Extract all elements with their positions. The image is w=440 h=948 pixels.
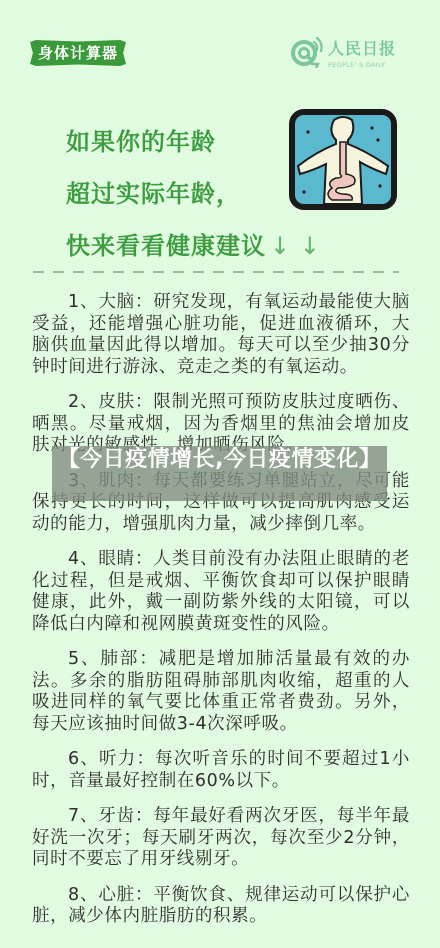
tip-lungs: 5、肺部：减肥是增加肺活量最有效的办法。多余的脂肪阻碍肺部肌肉收缩，超重的人吸进…	[32, 649, 410, 735]
headline-line-3-text: 快来看看健康建议	[66, 232, 266, 260]
tip-teeth: 7、牙齿：每年最好看两次牙医，每半年最好洗一次牙；每天刷牙两次，每次至少2分钟，…	[32, 806, 410, 871]
overlay-title-banner: 【今日疫情增长,今日疫情变化】	[52, 446, 387, 501]
dashed-divider	[33, 271, 399, 273]
health-tips-list: 1、大脑：研究发现，有氧运动最能使大脑受益，还能增强心脏功能，促进血液循环，大脑…	[32, 292, 410, 942]
headline: 如果你的年龄 超过实际年龄， 快来看看健康建议↓ ↓	[66, 116, 321, 272]
peoples-daily-logo: 人民日报 PEOPLE' S DAILY	[290, 26, 410, 72]
tip-heart: 8、心脏：平衡饮食、规律运动可以保护心脏，减少体内脏脂肪的积累。	[32, 885, 410, 928]
logo-name-cn: 人民日报	[328, 40, 396, 58]
article-image: 身体计算器 人民日报 PEOPLE' S DAILY 如果你的年龄 超过实际年龄…	[0, 0, 440, 948]
body-digestive-tract-icon	[288, 108, 398, 211]
headline-line-2: 超过实际年龄，	[66, 168, 321, 220]
tip-hearing: 6、听力：每次听音乐的时间不要超过1小时，音量最好控制在60%以下。	[32, 749, 410, 792]
headline-line-1: 如果你的年龄	[66, 116, 321, 168]
logo-name-en: PEOPLE' S DAILY	[328, 61, 385, 69]
tip-eyes: 4、眼睛：人类目前没有办法阻止眼睛的老化过程，但是戒烟、平衡饮食却可以保护眼睛健…	[32, 549, 410, 635]
tip-brain: 1、大脑：研究发现，有氧运动最能使大脑受益，还能增强心脏功能，促进血液循环，大脑…	[32, 292, 410, 378]
headline-line-3: 快来看看健康建议↓ ↓	[66, 220, 321, 272]
overlay-title-text: 【今日疫情增长,今日疫情变化】	[52, 447, 387, 473]
down-arrows-icon: ↓ ↓	[270, 232, 321, 260]
at-sign-with-signal-icon	[290, 36, 326, 68]
category-badge: 身体计算器	[30, 40, 126, 66]
